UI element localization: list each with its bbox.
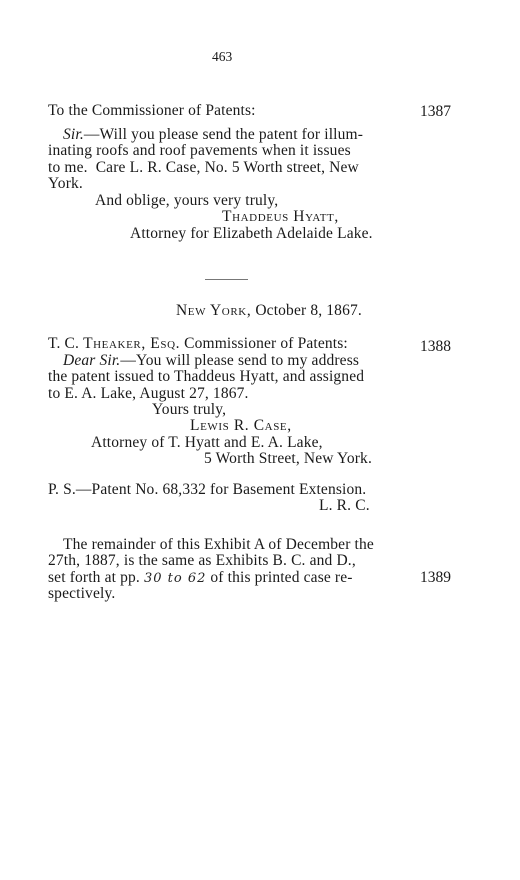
letter1-addressee: To the Commissioner of Patents:	[48, 103, 256, 120]
remainder-line-3-after: of this printed case re-	[206, 569, 352, 586]
letter2-date: October 8, 1867.	[251, 302, 362, 319]
letter2-body-text-1: —You will please send to my address	[120, 352, 359, 369]
letter2-signature-address: 5 Worth Street, New York.	[204, 451, 372, 468]
remainder-line-3-before: set forth at pp.	[48, 569, 144, 586]
letter1-signature-name: Thaddeus Hyatt,	[222, 209, 339, 226]
letter2-body-line-2: the patent issued to Thaddeus Hyatt, and…	[48, 369, 364, 386]
margin-line-number-1388: 1388	[420, 339, 451, 356]
letter1-body-line-3: to me. Care L. R. Case, No. 5 Worth stre…	[48, 160, 359, 177]
letter1-body-text-1: —Will you please send the patent for ill…	[84, 126, 363, 143]
margin-line-number-1387: 1387	[420, 104, 451, 121]
letter1-greeting: Sir.	[63, 126, 84, 143]
letter2-dateline: New York, October 8, 1867.	[176, 303, 362, 320]
letter1-body-line-2: inating roofs and roof pavements when it…	[48, 143, 351, 160]
addressee-name: Theaker,	[83, 335, 146, 352]
addressee-esq: Esq.	[146, 335, 180, 352]
document-page: 463 To the Commissioner of Patents: 1387…	[0, 0, 520, 880]
letter2-postscript-initials: L. R. C.	[319, 498, 370, 515]
addressee-title: Commissioner of Patents:	[180, 335, 348, 352]
remainder-line-2: 27th, 1887, is the same as Exhibits B. C…	[48, 553, 356, 570]
remainder-line-4: spectively.	[48, 586, 115, 603]
letter1-body-line-4: York.	[48, 176, 83, 193]
handwritten-page-range: 30 to 62	[144, 571, 206, 586]
letter2-greeting: Dear Sir.	[63, 352, 120, 369]
letter2-place: New York,	[176, 302, 251, 319]
margin-line-number-1389: 1389	[420, 570, 451, 587]
letter2-addressee: T. C. Theaker, Esq. Commissioner of Pate…	[48, 336, 348, 353]
page-number: 463	[212, 49, 232, 65]
addressee-initials: T. C.	[48, 335, 83, 352]
letter2-signature-name: Lewis R. Case,	[190, 418, 292, 435]
letter1-signature-title: Attorney for Elizabeth Adelaide Lake.	[130, 226, 373, 243]
section-divider	[205, 279, 248, 280]
